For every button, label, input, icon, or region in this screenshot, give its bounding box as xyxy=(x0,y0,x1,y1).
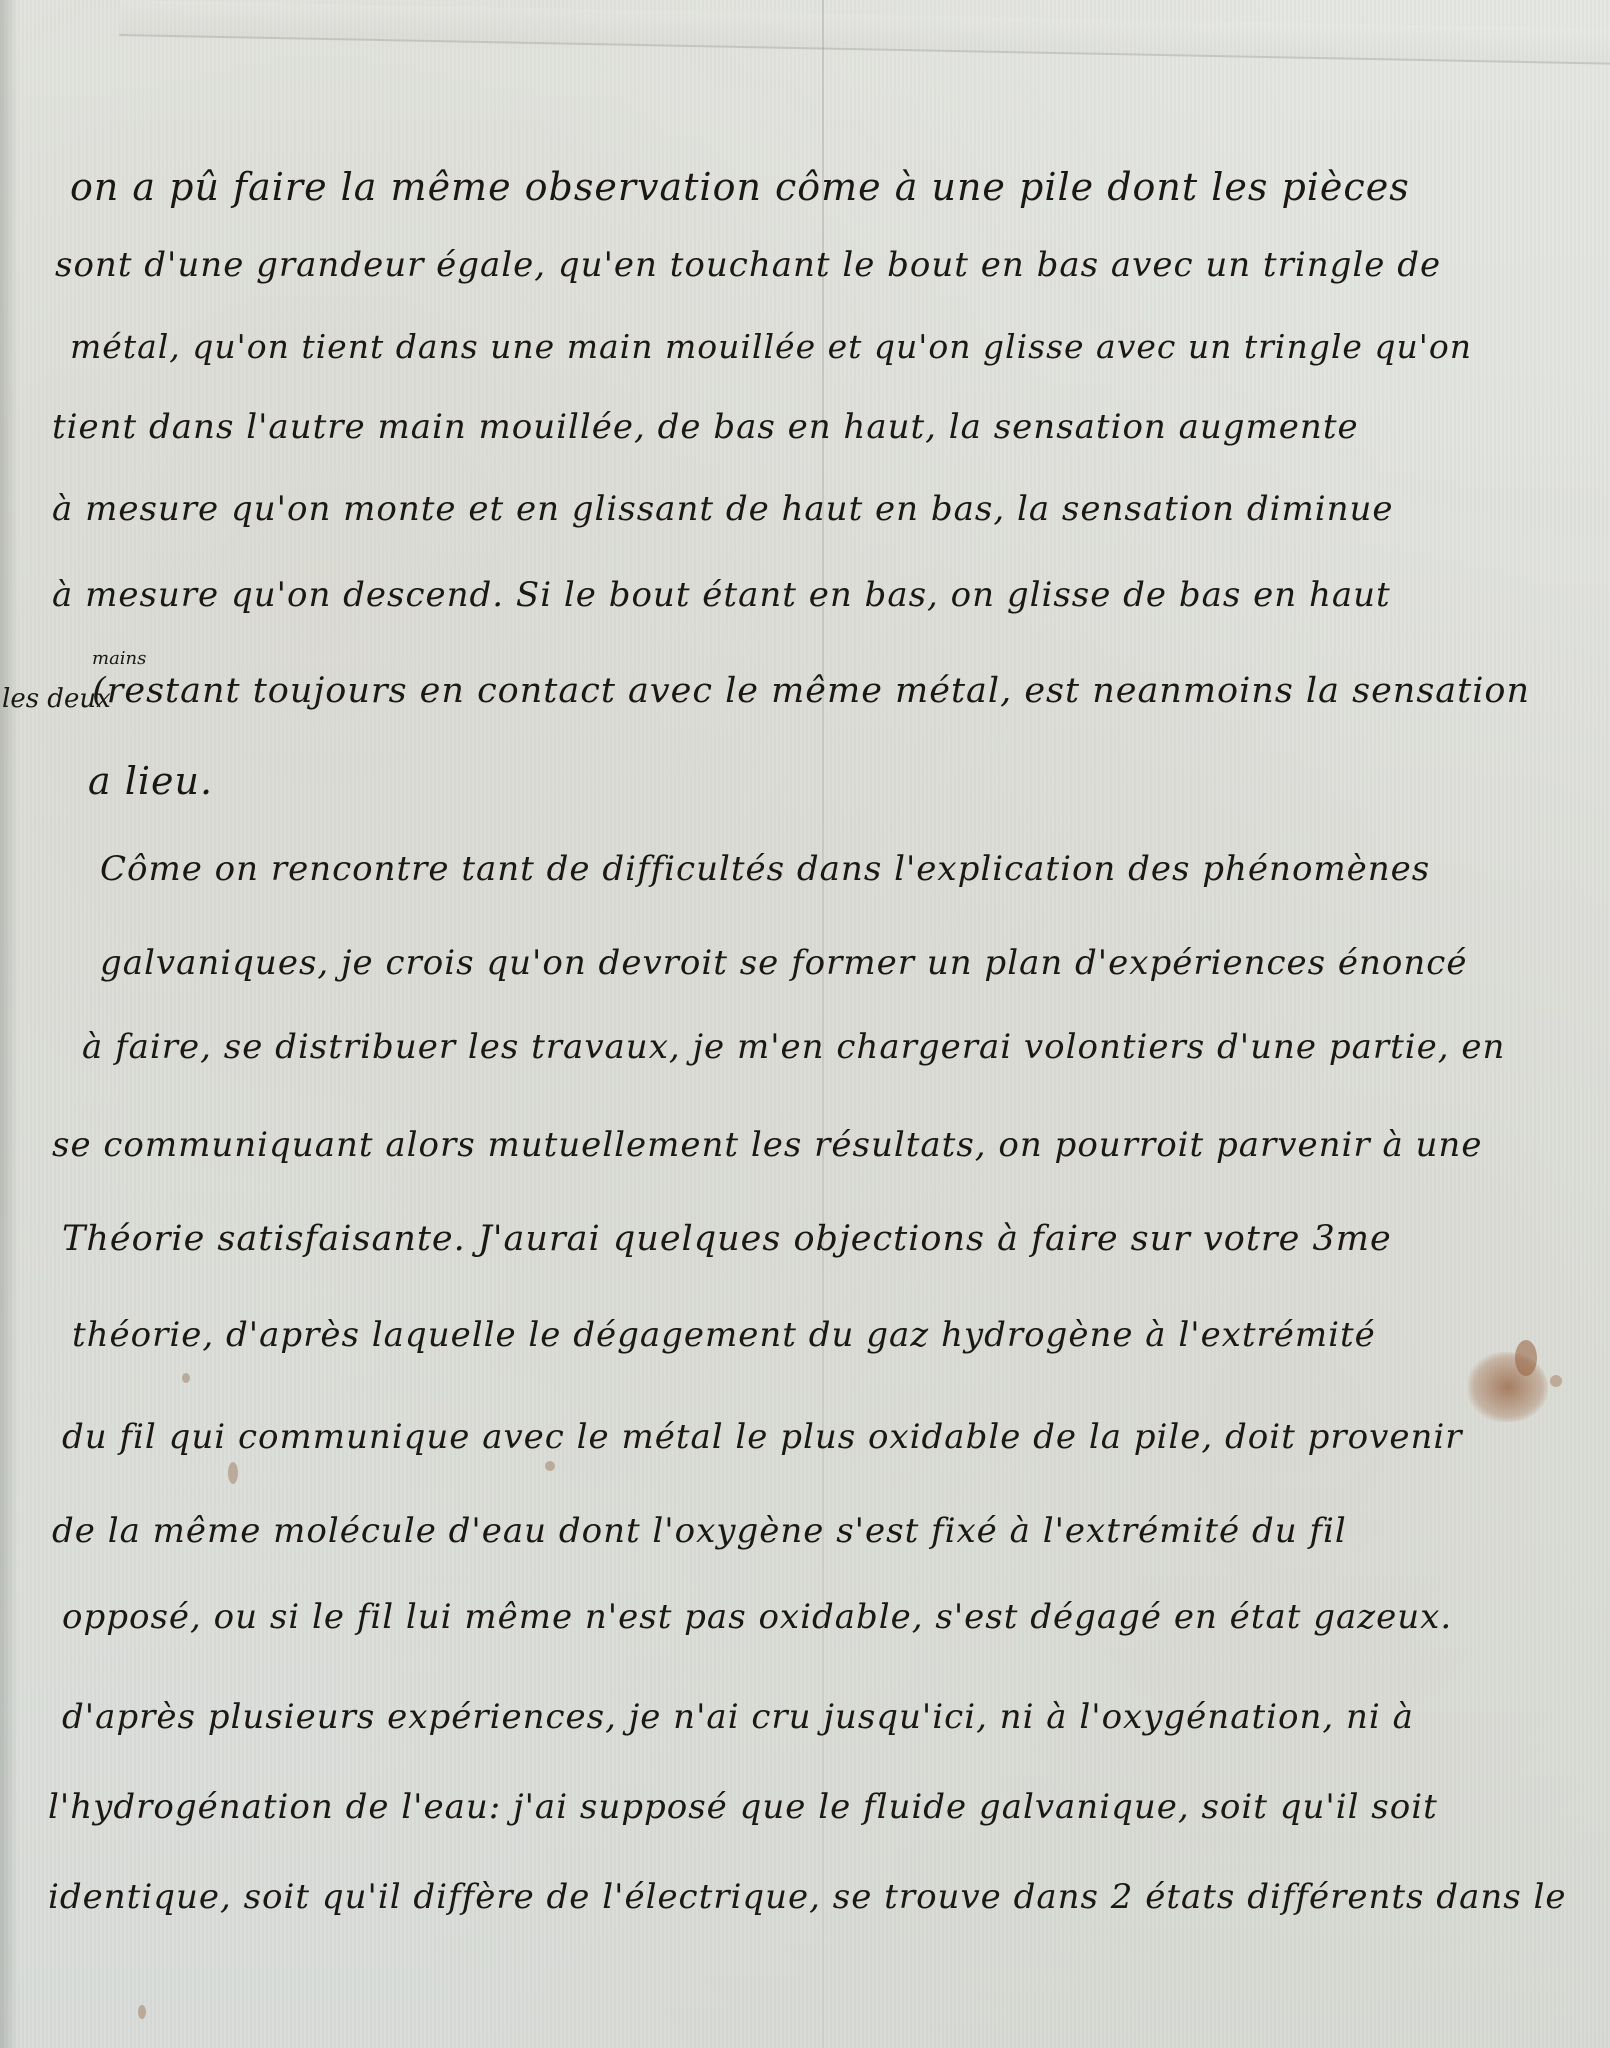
paper-spot xyxy=(138,2005,146,2019)
paper-spot xyxy=(228,1462,238,1484)
top-fold-line xyxy=(119,0,1610,65)
text-line: Côme on rencontre tant de difficultés da… xyxy=(100,852,1430,886)
text-line: identique, soit qu'il diffère de l'élect… xyxy=(48,1880,1567,1914)
text-line: à faire, se distribuer les travaux, je m… xyxy=(82,1030,1505,1064)
ink-stain-drip xyxy=(1515,1340,1537,1376)
manuscript-page: les deux mains on a pû faire la même obs… xyxy=(0,0,1610,2048)
text-line: du fil qui communique avec le métal le p… xyxy=(62,1420,1462,1454)
text-line: à mesure qu'on monte et en glissant de h… xyxy=(52,492,1394,526)
text-line: tient dans l'autre main mouillée, de bas… xyxy=(52,410,1359,444)
text-line: (restant toujours en contact avec le mêm… xyxy=(92,674,1530,709)
text-line: de la même molécule d'eau dont l'oxygène… xyxy=(52,1514,1347,1548)
ink-stain-dot xyxy=(1550,1375,1562,1387)
paper-spot xyxy=(182,1373,190,1383)
text-line: a lieu. xyxy=(88,762,213,800)
text-line: sont d'une grandeur égale, qu'en touchan… xyxy=(55,248,1441,282)
vertical-crease xyxy=(822,0,824,2048)
text-line: Théorie satisfaisante. J'aurai quelques … xyxy=(62,1222,1392,1257)
text-line: l'hydrogénation de l'eau: j'ai supposé q… xyxy=(48,1790,1438,1824)
text-line: se communiquant alors mutuellement les r… xyxy=(52,1128,1482,1162)
text-line: théorie, d'après laquelle le dégagement … xyxy=(72,1318,1376,1352)
text-line: on a pû faire la même observation côme à… xyxy=(70,168,1410,206)
text-line: à mesure qu'on descend. Si le bout étant… xyxy=(52,578,1391,612)
text-line: métal, qu'on tient dans une main mouillé… xyxy=(70,330,1472,363)
text-line: d'après plusieurs expériences, je n'ai c… xyxy=(62,1700,1414,1734)
interlinear-insertion: mains xyxy=(92,648,146,669)
page-edge-shadow xyxy=(0,0,18,2048)
text-line: galvaniques, je crois qu'on devroit se f… xyxy=(100,946,1467,980)
text-line: opposé, ou si le fil lui même n'est pas … xyxy=(62,1600,1452,1634)
paper-spot xyxy=(545,1461,555,1471)
